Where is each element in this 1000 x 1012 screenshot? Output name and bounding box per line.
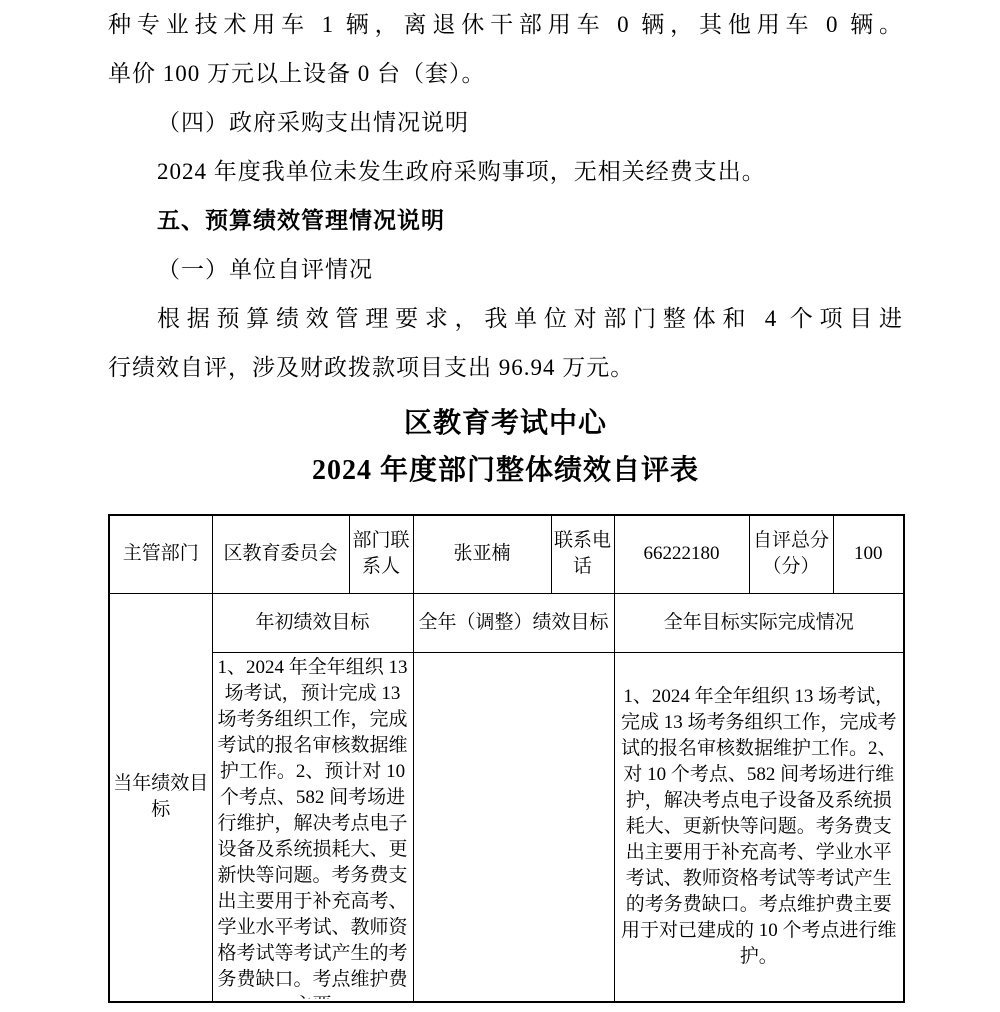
- line-equipment: 单价 100 万元以上设备 0 台（套）。: [108, 49, 903, 98]
- cell-adjusted-goal-header: 全年（调整）绩效目标: [413, 593, 614, 652]
- cell-contact-value: 张亚楠: [413, 515, 551, 593]
- heading-subsection-one: （一）单位自评情况: [108, 245, 903, 294]
- cell-initial-goal-header: 年初绩效目标: [212, 593, 413, 652]
- self-evaluation-table: 主管部门 区教育委员会 部门联系人 张亚楠 联系电话 66222180 自评总分…: [108, 514, 905, 1003]
- table-row-goal-content: 1、2024 年全年组织 13 场考试，预计完成 13 场考务组织工作，完成考试…: [109, 652, 904, 1002]
- initial-goal-text: 1、2024 年全年组织 13 场考试，预计完成 13 场考务组织工作，完成考试…: [215, 655, 411, 999]
- line-vehicles-continued: 种专业技术用车 1 辆，离退休干部用车 0 辆，其他用车 0 辆。: [108, 0, 903, 49]
- cell-actual-text: 1、2024 年全年组织 13 场考试，完成 13 场考务组织工作，完成考试的报…: [614, 652, 904, 1002]
- cell-score-value: 100: [833, 515, 904, 593]
- table-title-name: 2024 年度部门整体绩效自评表: [108, 447, 903, 494]
- cell-goal-row-label: 当年绩效目标: [109, 593, 212, 1002]
- para-self-eval-line2: 行绩效自评，涉及财政拨款项目支出 96.94 万元。: [108, 343, 903, 392]
- cell-score-label: 自评总分（分）: [749, 515, 833, 593]
- heading-section-five: 五、预算绩效管理情况说明: [108, 196, 903, 245]
- cell-supervisor-value: 区教育委员会: [212, 515, 349, 593]
- heading-section-four: （四）政府采购支出情况说明: [108, 98, 903, 147]
- cell-actual-header: 全年目标实际完成情况: [614, 593, 904, 652]
- cell-adjusted-goal-text: [413, 652, 614, 1002]
- document-page: 种专业技术用车 1 辆，离退休干部用车 0 辆，其他用车 0 辆。 单价 100…: [0, 0, 1000, 1012]
- actual-completion-text: 1、2024 年全年组织 13 场考试，完成 13 场考务组织工作，完成考试的报…: [617, 684, 902, 970]
- cell-phone-label: 联系电话: [551, 515, 614, 593]
- table-row-goal-headers: 当年绩效目标 年初绩效目标 全年（调整）绩效目标 全年目标实际完成情况: [109, 593, 904, 652]
- cell-supervisor-label: 主管部门: [109, 515, 212, 593]
- cell-contact-label: 部门联系人: [349, 515, 413, 593]
- table-row-info: 主管部门 区教育委员会 部门联系人 张亚楠 联系电话 66222180 自评总分…: [109, 515, 904, 593]
- table-title-org: 区教育考试中心: [108, 400, 903, 447]
- body-text-block: 种专业技术用车 1 辆，离退休干部用车 0 辆，其他用车 0 辆。 单价 100…: [108, 0, 903, 392]
- cell-phone-value: 66222180: [614, 515, 749, 593]
- table-title-block: 区教育考试中心 2024 年度部门整体绩效自评表: [108, 400, 903, 494]
- para-self-eval-line1: 根据预算绩效管理要求，我单位对部门整体和 4 个项目进: [108, 294, 903, 343]
- cell-initial-goal-text: 1、2024 年全年组织 13 场考试，预计完成 13 场考务组织工作，完成考试…: [212, 652, 413, 1002]
- para-procurement: 2024 年度我单位未发生政府采购事项，无相关经费支出。: [108, 147, 903, 196]
